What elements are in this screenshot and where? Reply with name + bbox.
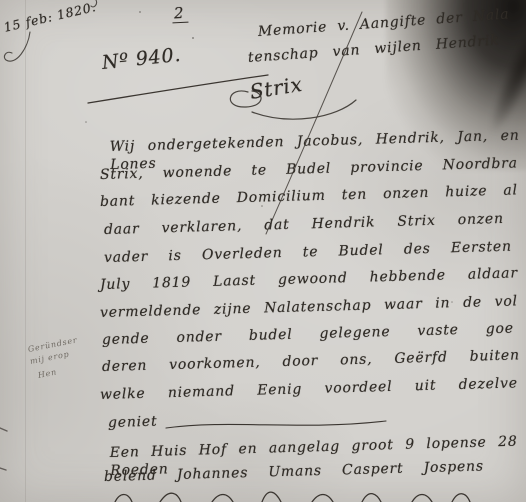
- body-line: deren voorkomen, door ons, Geërfd buiten: [102, 346, 520, 376]
- margin-note-line: Hen: [37, 367, 58, 380]
- document-page: 15 feb: 1820. 2 Nº 940. Memorie v. Aangi…: [0, 0, 526, 502]
- body-line: welke niemand Eenig voordeel uit dezelve: [100, 374, 518, 404]
- left-edge-marks: [0, 428, 7, 470]
- body-line: vader is Overleden te Budel des Eersten: [104, 238, 512, 267]
- clipped-bottom-line-strokes: [115, 492, 470, 502]
- page-number: 2: [172, 4, 189, 24]
- body-line: gende onder budel gelegene vaste goe: [102, 319, 514, 348]
- geniet-tail-flourish: [166, 421, 386, 428]
- margin-note-line: Geründser: [27, 335, 78, 353]
- header-line-surname: Strix: [248, 72, 304, 104]
- body-line: geniet: [108, 413, 158, 432]
- body-line: daar verklaren, dat Hendrik Strix onzen: [104, 210, 504, 239]
- document-number: Nº 940.: [101, 44, 182, 74]
- body-line: bant kiezende Domicilium ten onzen huize…: [100, 181, 518, 211]
- paper-fold-line: [25, 0, 26, 502]
- body-line: July 1819 Laast gewoond hebbende aldaar: [100, 264, 518, 294]
- date-annotation: 15 feb: 1820.: [2, 0, 97, 35]
- doc-number-underline-stroke: [88, 75, 268, 103]
- body-line: vermeldende zijne Nalatenschap waar in d…: [100, 292, 518, 322]
